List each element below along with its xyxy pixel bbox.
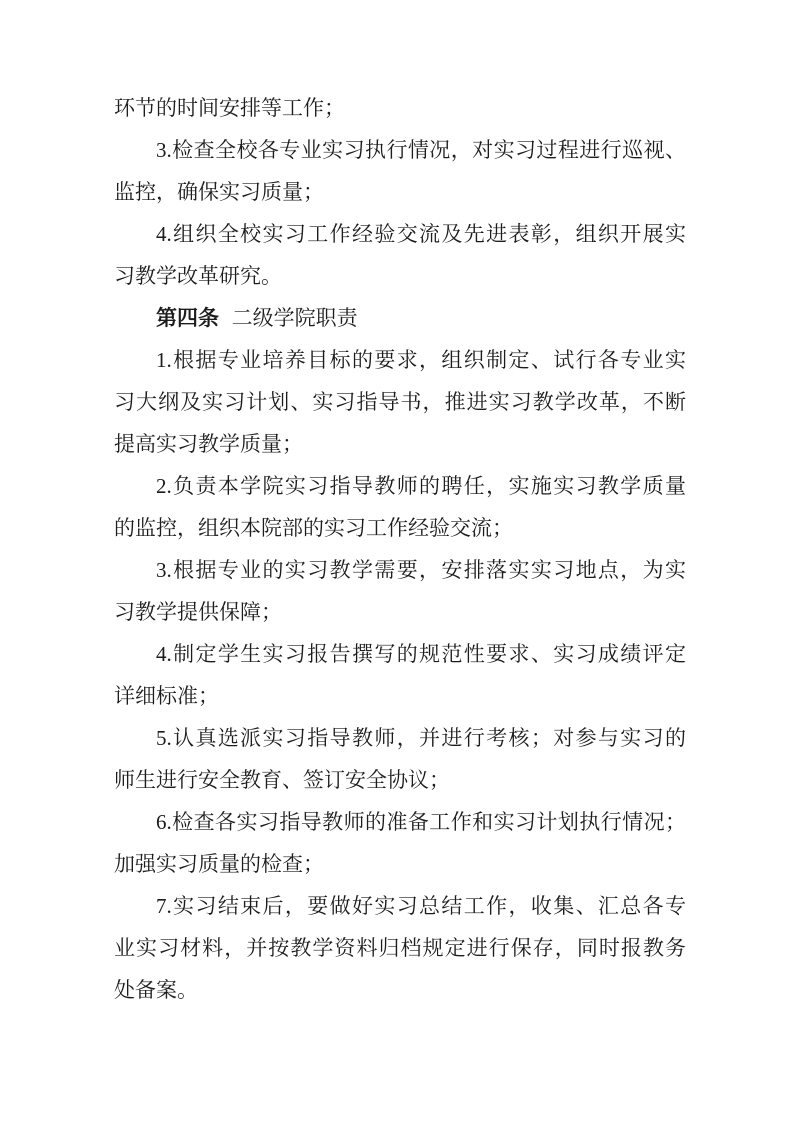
text-line: 4.组织全校实习工作经验交流及先进表彰，组织开展实: [114, 213, 686, 255]
text-line: 提高实习教学质量；: [114, 423, 686, 465]
text-line: 6.检查各实习指导教师的准备工作和实习计划执行情况；: [114, 801, 686, 843]
text-line: 4.制定学生实习报告撰写的规范性要求、实习成绩评定: [114, 633, 686, 675]
paragraph: 4.制定学生实习报告撰写的规范性要求、实习成绩评定详细标准；: [114, 633, 686, 717]
text-line: 习教学提供保障；: [114, 591, 686, 633]
text-line: 2.负责本学院实习指导教师的聘任，实施实习教学质量: [114, 465, 686, 507]
document-page: 环节的时间安排等工作；3.检查全校各专业实习执行情况，对实习过程进行巡视、监控，…: [0, 0, 793, 1122]
text-line: 3.检查全校各专业实习执行情况，对实习过程进行巡视、: [114, 129, 686, 171]
article-heading: 第四条二级学院职责: [114, 297, 686, 339]
text-line: 7.实习结束后，要做好实习总结工作，收集、汇总各专: [114, 885, 686, 927]
text-line: 详细标准；: [114, 675, 686, 717]
paragraph: 3.根据专业的实习教学需要，安排落实实习地点，为实习教学提供保障；: [114, 549, 686, 633]
paragraph: 环节的时间安排等工作；: [114, 87, 686, 129]
text-line: 业实习材料，并按教学资料归档规定进行保存，同时报教务: [114, 927, 686, 969]
text-line: 1.根据专业培养目标的要求，组织制定、试行各专业实: [114, 339, 686, 381]
article-title: 二级学院职责: [232, 306, 358, 330]
paragraph: 6.检查各实习指导教师的准备工作和实习计划执行情况；加强实习质量的检查；: [114, 801, 686, 885]
paragraph: 1.根据专业培养目标的要求，组织制定、试行各专业实习大纲及实习计划、实习指导书，…: [114, 339, 686, 465]
paragraph: 4.组织全校实习工作经验交流及先进表彰，组织开展实习教学改革研究。: [114, 213, 686, 297]
paragraph: 5.认真选派实习指导教师，并进行考核；对参与实习的师生进行安全教育、签订安全协议…: [114, 717, 686, 801]
paragraph: 7.实习结束后，要做好实习总结工作，收集、汇总各专业实习材料，并按教学资料归档规…: [114, 885, 686, 1011]
paragraph: 2.负责本学院实习指导教师的聘任，实施实习教学质量的监控，组织本院部的实习工作经…: [114, 465, 686, 549]
document-body: 环节的时间安排等工作；3.检查全校各专业实习执行情况，对实习过程进行巡视、监控，…: [114, 87, 686, 1011]
text-line: 环节的时间安排等工作；: [114, 87, 686, 129]
text-line: 处备案。: [114, 969, 686, 1011]
text-line: 习教学改革研究。: [114, 255, 686, 297]
heading-line: 第四条二级学院职责: [114, 297, 686, 339]
paragraph: 3.检查全校各专业实习执行情况，对实习过程进行巡视、监控，确保实习质量；: [114, 129, 686, 213]
text-line: 师生进行安全教育、签订安全协议；: [114, 759, 686, 801]
text-line: 监控，确保实习质量；: [114, 171, 686, 213]
text-line: 的监控，组织本院部的实习工作经验交流；: [114, 507, 686, 549]
text-line: 5.认真选派实习指导教师，并进行考核；对参与实习的: [114, 717, 686, 759]
text-line: 加强实习质量的检查；: [114, 843, 686, 885]
text-line: 习大纲及实习计划、实习指导书，推进实习教学改革，不断: [114, 381, 686, 423]
article-number: 第四条: [156, 306, 219, 330]
text-line: 3.根据专业的实习教学需要，安排落实实习地点，为实: [114, 549, 686, 591]
